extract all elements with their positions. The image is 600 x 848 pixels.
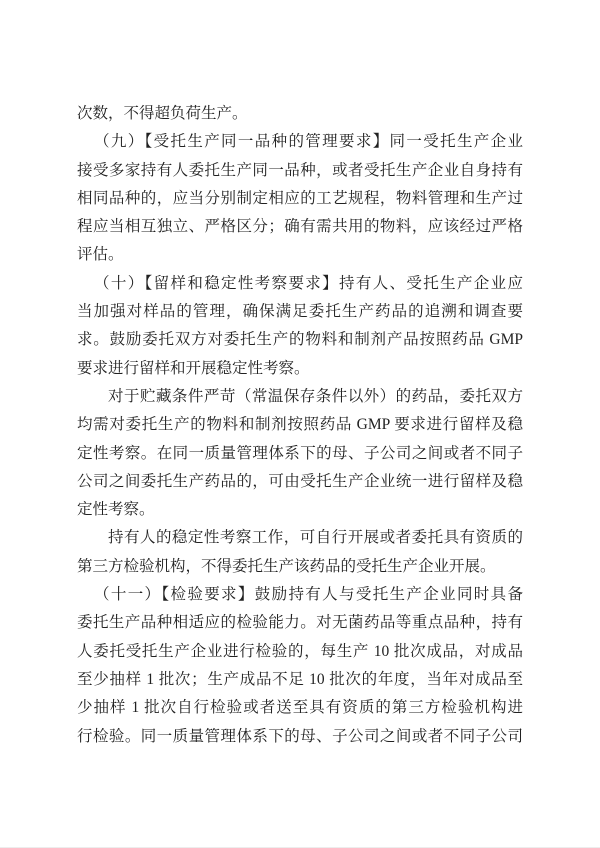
document-line: 公司之间委托生产药品的，可由受托生产企业统一进行留样及稳: [77, 468, 523, 496]
document-line: 行检验。同一质量管理体系下的母、子公司之间或者不同子公司: [77, 723, 523, 751]
document-page: 次数，不得超负荷生产。 （九）【受托生产同一品种的管理要求】同一受托生产企业 接…: [0, 0, 600, 848]
document-line: 持有人的稳定性考察工作，可自行开展或者委托具有资质的: [77, 524, 523, 552]
document-line: 求。鼓励委托双方对委托生产的物料和制剂产品按照药品 GMP: [77, 326, 523, 354]
document-line: 定性考察。在同一质量管理体系下的母、子公司之间或者不同子: [77, 440, 523, 468]
document-line: 定性考察。: [77, 496, 523, 524]
document-line: 要求进行留样和开展稳定性考察。: [77, 355, 523, 383]
document-line: 当加强对样品的管理，确保满足委托生产药品的追溯和调查要: [77, 298, 523, 326]
document-line: 次数，不得超负荷生产。: [77, 100, 523, 128]
section-heading-line: （九）【受托生产同一品种的管理要求】同一受托生产企业: [77, 128, 523, 156]
document-line: 对于贮藏条件严苛（常温保存条件以外）的药品，委托双方: [77, 383, 523, 411]
document-line: 人委托受托生产企业进行检验的，每生产 10 批次成品，对成品: [77, 638, 523, 666]
document-line: 接受多家持有人委托生产同一品种，或者受托生产企业自身持有: [77, 157, 523, 185]
section-heading-line: （十）【留样和稳定性考察要求】持有人、受托生产企业应: [77, 270, 523, 298]
document-line: 均需对委托生产的物料和制剂按照药品 GMP 要求进行留样及稳: [77, 411, 523, 439]
document-line: 至少抽样 1 批次；生产成品不足 10 批次的年度，当年对成品至: [77, 666, 523, 694]
document-line: 评估。: [77, 241, 523, 269]
document-line: 少抽样 1 批次自行检验或者送至具有资质的第三方检验机构进: [77, 694, 523, 722]
document-line: 委托生产品种相适应的检验能力。对无菌药品等重点品种，持有: [77, 609, 523, 637]
document-line: 程应当相互独立、严格区分；确有需共用的物料，应该经过严格: [77, 213, 523, 241]
document-line: 相同品种的，应当分别制定相应的工艺规程，物料管理和生产过: [77, 185, 523, 213]
document-content: 次数，不得超负荷生产。 （九）【受托生产同一品种的管理要求】同一受托生产企业 接…: [77, 100, 523, 751]
section-heading-line: （十一）【检验要求】鼓励持有人与受托生产企业同时具备: [77, 581, 523, 609]
document-line: 第三方检验机构，不得委托生产该药品的受托生产企业开展。: [77, 553, 523, 581]
